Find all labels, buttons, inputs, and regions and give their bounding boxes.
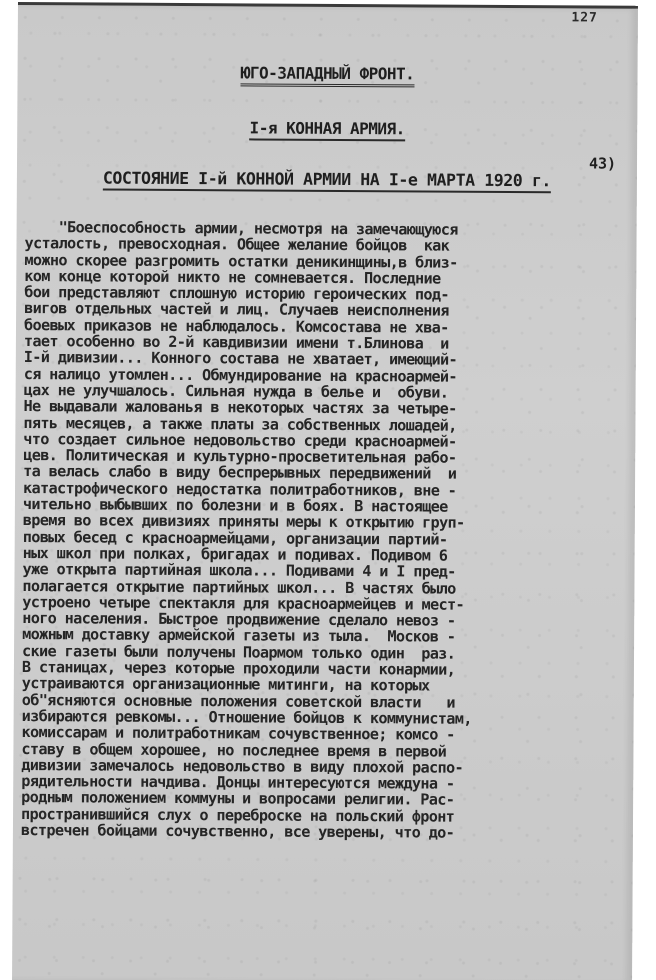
army-heading-text: I-я КОННАЯ АРМИЯ. — [250, 118, 405, 141]
paper-page: 127 ЮГО-ЗАПАДНЫЙ ФРОНТ. I-я КОННАЯ АРМИЯ… — [12, 2, 638, 980]
page-number: 127 — [571, 10, 598, 25]
document-title: СОСТОЯНИЕ I-й КОННОЙ АРМИИ НА I-е МАРТА … — [17, 168, 637, 194]
footnote-marker: 43) — [589, 154, 616, 172]
army-heading: I-я КОННАЯ АРМИЯ. — [17, 117, 637, 143]
front-heading: ЮГО-ЗАПАДНЫЙ ФРОНТ. — [17, 62, 637, 89]
scanned-document: 127 ЮГО-ЗАПАДНЫЙ ФРОНТ. I-я КОННАЯ АРМИЯ… — [0, 0, 656, 980]
document-title-text: СОСТОЯНИЕ I-й КОННОЙ АРМИИ НА I-е МАРТА … — [103, 169, 551, 194]
text-line: встречен бойцами сочувственно, все увере… — [21, 822, 631, 842]
body-text: "Боеспособность армии, несмотря на замеч… — [21, 219, 635, 842]
front-heading-text: ЮГО-ЗАПАДНЫЙ ФРОНТ. — [241, 63, 415, 87]
